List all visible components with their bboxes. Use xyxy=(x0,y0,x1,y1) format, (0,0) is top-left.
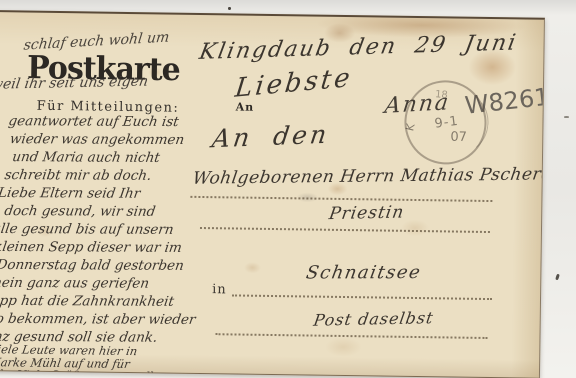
address-dotted-line-4 xyxy=(215,333,487,339)
message-line: Liebe Eltern seid Ihr xyxy=(0,184,196,203)
scan-speck xyxy=(228,7,231,10)
message-line: schreibt mir ab doch. xyxy=(3,166,198,185)
handwritten-message-small-block: viele Leute waren hier in Marke Mühl auf… xyxy=(0,343,192,378)
message-line: Donnerstag bald gestorben xyxy=(0,256,185,275)
postmark-ring-letter: K xyxy=(403,122,417,132)
message-line: Alle. Viele Grüße von uns alle. xyxy=(0,368,188,378)
in-printed-label: in xyxy=(212,282,227,297)
handwritten-message-block: geantwortet auf Euch ist wieder was ange… xyxy=(0,112,206,347)
message-line: mein ganz aus geriefen xyxy=(0,274,183,293)
message-line: und Maria auch nicht xyxy=(11,148,201,167)
address-dotted-line-1 xyxy=(190,196,492,202)
message-line: Sepp hat die Zahnkrankheit xyxy=(0,292,180,311)
handwritten-an-den: An den xyxy=(210,120,331,154)
handwriting-scribble-below-title: weil ihr seit uns eigen xyxy=(0,73,149,92)
message-line: kleinen Sepp dieser war im xyxy=(0,238,188,257)
postcard: Postkarte Für Mitteilungen: An in schlaf… xyxy=(0,10,545,378)
handwritten-recipient-name: Wohlgeborenen Herrn Mathias Pscherer xyxy=(191,164,545,189)
handwritten-recipient-line2: Priestin xyxy=(328,202,406,224)
message-line: geantwortet auf Euch ist xyxy=(7,112,206,131)
message-line: doch gesund, wir sind xyxy=(3,202,193,221)
handwritten-post-office: Post daselbst xyxy=(312,308,435,330)
message-line: so bekommen, ist aber wieder xyxy=(0,310,177,329)
handwritten-dateline: Klingdaub den 29 Juni xyxy=(197,30,519,65)
address-dotted-line-2 xyxy=(200,227,490,233)
scan-speck xyxy=(564,116,569,118)
handwritten-salutation: Liebste xyxy=(233,63,354,104)
scan-speck xyxy=(555,274,560,281)
address-dotted-line-3 xyxy=(232,294,492,300)
message-line: wieder was angekommen xyxy=(9,130,204,149)
handwritten-town: Schnaitsee xyxy=(305,262,424,283)
message-line: alle gesund bis auf unsern xyxy=(0,220,190,239)
